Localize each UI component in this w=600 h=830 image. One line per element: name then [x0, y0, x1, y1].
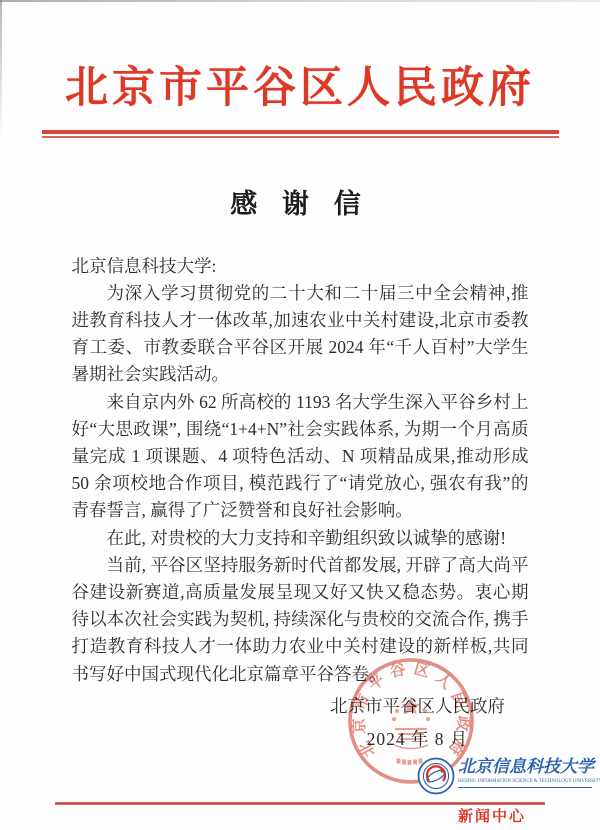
letter-paragraph: 来自京内外 62 所高校的 1193 名大学生深入平谷乡村上好“大思政课”, 围…	[72, 389, 529, 525]
signature-org: 北京市平谷区人民政府	[330, 693, 505, 718]
letter-paragraph: 为深入学习贯彻党的二十大和二十届三中全会精神,推进教育科技人才一体改革,加速农业…	[72, 280, 529, 389]
letterhead-divider-thin-line	[42, 136, 559, 138]
scanned-letter-page: 北京市平谷区人民政府 感 谢 信 北京信息科技大学: 为深入学习贯彻党的二十大和…	[0, 0, 600, 830]
letter-paragraph: 在此, 对贵校的大力支持和辛勤组织致以诚挚的感谢!	[72, 525, 529, 552]
letter-body: 北京信息科技大学: 为深入学习贯彻党的二十大和二十届三中全会精神,推进教育科技人…	[72, 253, 529, 688]
news-center-label: 新闻中心	[458, 805, 595, 826]
scan-edge-top	[0, 0, 600, 2]
letter-paragraph: 当前, 平谷区坚持服务新时代首都发展, 开辟了高大尚平谷建设新赛道,高质量发展呈…	[72, 552, 529, 688]
letterhead-divider	[42, 130, 559, 138]
university-logo-block: 北京信息科技大学 BEIJING INFORMATION SCIENCE & T…	[417, 757, 595, 826]
scan-edge-left	[0, 0, 2, 140]
signature-date: 2024 年 8 月	[330, 726, 505, 751]
letter-salutation: 北京信息科技大学:	[72, 253, 529, 280]
university-name-cn: 北京信息科技大学	[458, 757, 592, 777]
letterhead-divider-thick-line	[42, 130, 559, 134]
university-logo-icon	[417, 757, 455, 795]
signature-block: 北京市平谷区人民政府 2024 年 8 月	[330, 693, 505, 751]
university-name-en: BEIJING INFORMATION SCIENCE & TECHNOLOGY…	[458, 779, 592, 788]
letter-title: 感 谢 信	[0, 182, 600, 221]
letterhead-org-title: 北京市平谷区人民政府	[0, 0, 600, 115]
